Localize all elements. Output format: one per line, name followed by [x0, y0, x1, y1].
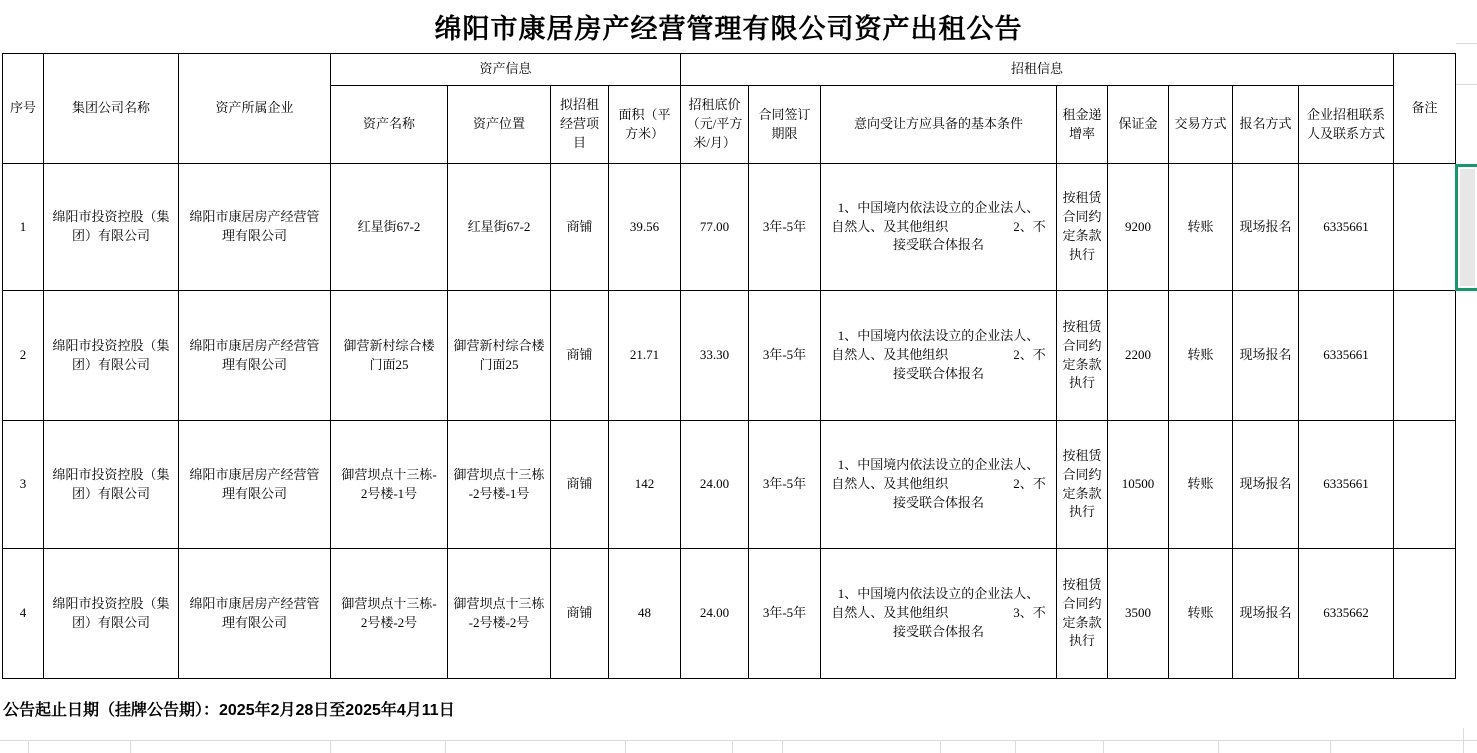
header-rent-increase[interactable]: 租金递 增率 [1057, 86, 1108, 164]
cell-remark[interactable] [1394, 421, 1456, 549]
cell-group-company[interactable]: 绵阳市投资控股（集 团）有限公司 [44, 549, 179, 679]
cell-base-price[interactable]: 77.00 [681, 164, 749, 291]
cell-contact[interactable]: 6335661 [1299, 291, 1394, 421]
gridline [782, 741, 783, 753]
gridline [1330, 741, 1331, 753]
cell-rent-increase[interactable]: 按租赁 合同约 定条款 执行 [1057, 164, 1108, 291]
gridline [130, 741, 131, 753]
cell-group-company[interactable]: 绵阳市投资控股（集 团）有限公司 [44, 164, 179, 291]
header-registration[interactable]: 报名方式 [1233, 86, 1299, 164]
header-asset-info-group[interactable]: 资产信息 [331, 54, 681, 86]
gridline [1456, 43, 1477, 44]
gridline [1103, 741, 1104, 753]
cell-area[interactable]: 39.56 [609, 164, 681, 291]
gridline [330, 741, 331, 753]
cell-contract-term[interactable]: 3年-5年 [749, 291, 821, 421]
header-index[interactable]: 序号 [3, 54, 44, 164]
cell-base-price[interactable]: 33.30 [681, 291, 749, 421]
table-row: 2 绵阳市投资控股（集 团）有限公司 绵阳市康居房产经营管 理有限公司 御营新村… [3, 291, 1456, 421]
header-asset-name[interactable]: 资产名称 [331, 86, 448, 164]
notice-period-text: 公告起止日期（挂牌公告期）：2025年2月28日至2025年4月11日 [3, 679, 1453, 737]
page-title: 绵阳市康居房产经营管理有限公司资产出租公告 [2, 0, 1455, 53]
header-rental-info-group[interactable]: 招租信息 [681, 54, 1394, 86]
cell-owner-company[interactable]: 绵阳市康居房产经营管 理有限公司 [179, 164, 331, 291]
cell-index[interactable]: 3 [3, 421, 44, 549]
table-row: 4 绵阳市投资控股（集 团）有限公司 绵阳市康居房产经营管 理有限公司 御营坝点… [3, 549, 1456, 679]
cell-conditions[interactable]: 1、中国境内依法设立的企业法人、 自然人、及其他组织 2、不 接受联合体报名 [821, 291, 1057, 421]
table-row: 3 绵阳市投资控股（集 团）有限公司 绵阳市康居房产经营管 理有限公司 御营坝点… [3, 421, 1456, 549]
header-transaction[interactable]: 交易方式 [1169, 86, 1233, 164]
header-asset-location[interactable]: 资产位置 [448, 86, 551, 164]
cell-index[interactable]: 4 [3, 549, 44, 679]
gridline [940, 741, 941, 753]
cell-rent-increase[interactable]: 按租赁 合同约 定条款 执行 [1057, 549, 1108, 679]
cell-owner-company[interactable]: 绵阳市康居房产经营管 理有限公司 [179, 549, 331, 679]
cell-contact[interactable]: 6335661 [1299, 164, 1394, 291]
cell-transaction[interactable]: 转账 [1169, 291, 1233, 421]
cell-index[interactable]: 2 [3, 291, 44, 421]
cell-deposit[interactable]: 9200 [1108, 164, 1169, 291]
gridline [625, 741, 626, 753]
cell-contract-term[interactable]: 3年-5年 [749, 164, 821, 291]
cell-business-project[interactable]: 商铺 [551, 549, 609, 679]
header-group-row: 序号 集团公司名称 资产所属企业 资产信息 招租信息 备注 [3, 54, 1456, 86]
cell-asset-name[interactable]: 红星街67-2 [331, 164, 448, 291]
cell-transaction[interactable]: 转账 [1169, 164, 1233, 291]
header-contract-term[interactable]: 合同签订 期限 [749, 86, 821, 164]
cell-area[interactable]: 21.71 [609, 291, 681, 421]
header-contact[interactable]: 企业招租联系 人及联系方式 [1299, 86, 1394, 164]
cell-asset-location[interactable]: 御营坝点十三栋 -2号楼-2号 [448, 549, 551, 679]
header-conditions[interactable]: 意向受让方应具备的基本条件 [821, 86, 1057, 164]
cell-conditions[interactable]: 1、中国境内依法设立的企业法人、 自然人、及其他组织 2、不 接受联合体报名 [821, 421, 1057, 549]
cell-deposit[interactable]: 10500 [1108, 421, 1169, 549]
cell-business-project[interactable]: 商铺 [551, 164, 609, 291]
header-base-price[interactable]: 招租底价 （元/平方 米/月） [681, 86, 749, 164]
cell-asset-name[interactable]: 御营坝点十三栋- 2号楼-2号 [331, 549, 448, 679]
header-remark[interactable]: 备注 [1394, 54, 1456, 164]
asset-rental-table: 序号 集团公司名称 资产所属企业 资产信息 招租信息 备注 资产名称 资产位置 … [2, 53, 1456, 679]
header-group-company[interactable]: 集团公司名称 [44, 54, 179, 164]
cell-transaction[interactable]: 转账 [1169, 549, 1233, 679]
gridline [445, 741, 446, 753]
cell-contact[interactable]: 6335661 [1299, 421, 1394, 549]
cell-contract-term[interactable]: 3年-5年 [749, 421, 821, 549]
selected-cell-indicator[interactable] [1455, 164, 1477, 291]
gridline [28, 741, 29, 753]
cell-asset-name[interactable]: 御营坝点十三栋- 2号楼-1号 [331, 421, 448, 549]
cell-contact[interactable]: 6335662 [1299, 549, 1394, 679]
cell-group-company[interactable]: 绵阳市投资控股（集 团）有限公司 [44, 421, 179, 549]
header-business-project[interactable]: 拟招租 经营项 目 [551, 86, 609, 164]
cell-area[interactable]: 142 [609, 421, 681, 549]
cell-owner-company[interactable]: 绵阳市康居房产经营管 理有限公司 [179, 291, 331, 421]
cell-registration[interactable]: 现场报名 [1233, 421, 1299, 549]
cell-base-price[interactable]: 24.00 [681, 549, 749, 679]
cell-registration[interactable]: 现场报名 [1233, 549, 1299, 679]
cell-conditions[interactable]: 1、中国境内依法设立的企业法人、 自然人、及其他组织 2、不 接受联合体报名 [821, 164, 1057, 291]
cell-asset-name[interactable]: 御营新村综合楼 门面25 [331, 291, 448, 421]
gridline [1456, 84, 1477, 85]
cell-asset-location[interactable]: 红星街67-2 [448, 164, 551, 291]
header-area[interactable]: 面积（平 方米） [609, 86, 681, 164]
cell-asset-location[interactable]: 御营新村综合楼 门面25 [448, 291, 551, 421]
gridline [1463, 728, 1464, 753]
header-owner-company[interactable]: 资产所属企业 [179, 54, 331, 164]
cell-remark[interactable] [1394, 164, 1456, 291]
cell-index[interactable]: 1 [3, 164, 44, 291]
cell-group-company[interactable]: 绵阳市投资控股（集 团）有限公司 [44, 291, 179, 421]
cell-asset-location[interactable]: 御营坝点十三栋 -2号楼-1号 [448, 421, 551, 549]
table-row: 1 绵阳市投资控股（集 团）有限公司 绵阳市康居房产经营管 理有限公司 红星街6… [3, 164, 1456, 291]
cell-remark[interactable] [1394, 549, 1456, 679]
cell-owner-company[interactable]: 绵阳市康居房产经营管 理有限公司 [179, 421, 331, 549]
cell-deposit[interactable]: 2200 [1108, 291, 1169, 421]
bottom-gridline [0, 740, 1477, 741]
cell-deposit[interactable]: 3500 [1108, 549, 1169, 679]
cell-base-price[interactable]: 24.00 [681, 421, 749, 549]
cell-registration[interactable]: 现场报名 [1233, 164, 1299, 291]
cell-rent-increase[interactable]: 按租赁 合同约 定条款 执行 [1057, 291, 1108, 421]
cell-registration[interactable]: 现场报名 [1233, 291, 1299, 421]
header-deposit[interactable]: 保证金 [1108, 86, 1169, 164]
cell-area[interactable]: 48 [609, 549, 681, 679]
cell-business-project[interactable]: 商铺 [551, 421, 609, 549]
cell-contract-term[interactable]: 3年-5年 [749, 549, 821, 679]
gridline [1218, 741, 1219, 753]
cell-business-project[interactable]: 商铺 [551, 291, 609, 421]
gridline [1015, 741, 1016, 753]
cell-transaction[interactable]: 转账 [1169, 421, 1233, 549]
cell-conditions[interactable]: 1、中国境内依法设立的企业法人、 自然人、及其他组织 3、不 接受联合体报名 [821, 549, 1057, 679]
cell-rent-increase[interactable]: 按租赁 合同约 定条款 执行 [1057, 421, 1108, 549]
gridline [732, 741, 733, 753]
cell-remark[interactable] [1394, 291, 1456, 421]
